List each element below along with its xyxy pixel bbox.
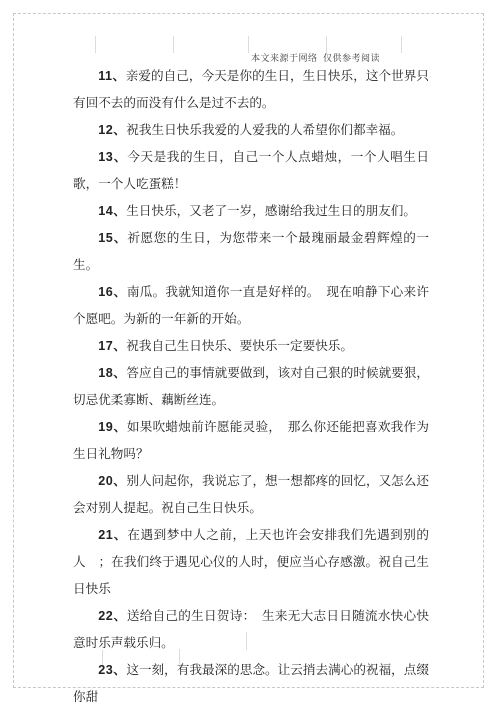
document-body: 11、亲爱的自己，今天是你的生日，生日快乐，这个世界只有回不去的而没有什么是过不…	[73, 63, 429, 708]
list-item: 20、别人问起你，我说忘了，想一想都疼的回忆，又怎么还会对别人提起。祝自己生日快…	[73, 468, 429, 522]
list-item: 22、送给自己的生日贺诗： 生来无大志日日随流水快心快意时乐声载乐归。	[73, 603, 429, 657]
list-item: 12、祝我生日快乐我爱的人爱我的人希望你们都幸福。	[73, 117, 429, 144]
item-number: 22、	[98, 609, 127, 623]
item-number: 15、	[98, 231, 127, 245]
item-text: 南瓜。我就知道你一直是好样的。 现在咱静下心来许个愿吧。为新的一年新的开始。	[73, 285, 429, 326]
ruler-tick	[173, 36, 174, 53]
item-text: 亲爱的自己，今天是你的生日，生日快乐，这个世界只有回不去的而没有什么是过不去的。	[73, 69, 429, 110]
item-text: 答应自己的事情就要做到，该对自己狠的时候就要狠，切忌优柔寡断、藕断丝连。	[73, 366, 429, 407]
document-page: 本文来源于网络 仅供参考阅读 11、亲爱的自己，今天是你的生日，生日快乐，这个世…	[13, 13, 484, 688]
item-text: 祝我自己生日快乐、要快乐一定要快乐。	[126, 339, 353, 353]
ruler-tick	[248, 36, 249, 53]
item-text: 祈愿您的生日，为您带来一个最瑰丽最金碧辉煌的一生。	[73, 231, 429, 272]
item-text: 生日快乐，又老了一岁，感谢给我过生日的朋友们。	[126, 204, 416, 218]
item-text: 送给自己的生日贺诗： 生来无大志日日随流水快心快意时乐声载乐归。	[73, 609, 429, 650]
item-number: 18、	[98, 366, 126, 380]
item-number: 23、	[98, 663, 126, 677]
item-number: 16、	[98, 285, 127, 299]
item-text: 祝我生日快乐我爱的人爱我的人希望你们都幸福。	[126, 123, 403, 137]
item-number: 17、	[98, 339, 126, 353]
item-number: 13、	[98, 150, 127, 164]
list-item: 13、今天是我的生日，自己一个人点蜡烛，一个人唱生日歌，一个人吃蛋糕！	[73, 144, 429, 198]
item-text: 如果吹蜡烛前许愿能灵验， 那么你还能把喜欢我作为生日礼物吗？	[73, 420, 429, 461]
item-text: 今天是我的生日，自己一个人点蜡烛，一个人唱生日歌，一个人吃蛋糕！	[73, 150, 429, 191]
item-number: 20、	[98, 474, 126, 488]
item-number: 19、	[98, 420, 127, 434]
item-number: 11、	[98, 69, 126, 83]
list-item: 14、生日快乐，又老了一岁，感谢给我过生日的朋友们。	[73, 198, 429, 225]
list-item: 16、南瓜。我就知道你一直是好样的。 现在咱静下心来许个愿吧。为新的一年新的开始…	[73, 279, 429, 333]
item-number: 12、	[98, 123, 126, 137]
ruler-tick	[95, 36, 96, 53]
item-text: 这一刻，有我最深的思念。让云捎去满心的祝福，点缀你甜	[73, 663, 429, 704]
item-number: 14、	[98, 204, 126, 218]
list-item: 11、亲爱的自己，今天是你的生日，生日快乐，这个世界只有回不去的而没有什么是过不…	[73, 63, 429, 117]
list-item: 15、祈愿您的生日，为您带来一个最瑰丽最金碧辉煌的一生。	[73, 225, 429, 279]
list-item: 17、祝我自己生日快乐、要快乐一定要快乐。	[73, 333, 429, 360]
item-text: 在遇到梦中人之前，上天也许会安排我们先遇到别的人 ；在我们终于遇见心仪的人时，便…	[73, 528, 429, 596]
ruler-tick	[401, 36, 402, 53]
list-item: 21、在遇到梦中人之前，上天也许会安排我们先遇到别的人 ；在我们终于遇见心仪的人…	[73, 522, 429, 603]
item-number: 21、	[98, 528, 127, 542]
item-text: 别人问起你，我说忘了，想一想都疼的回忆，又怎么还会对别人提起。祝自己生日快乐。	[73, 474, 429, 515]
list-item: 19、如果吹蜡烛前许愿能灵验， 那么你还能把喜欢我作为生日礼物吗？	[73, 414, 429, 468]
list-item: 18、答应自己的事情就要做到，该对自己狠的时候就要狠，切忌优柔寡断、藕断丝连。	[73, 360, 429, 414]
list-item: 23、这一刻，有我最深的思念。让云捎去满心的祝福，点缀你甜	[73, 657, 429, 708]
